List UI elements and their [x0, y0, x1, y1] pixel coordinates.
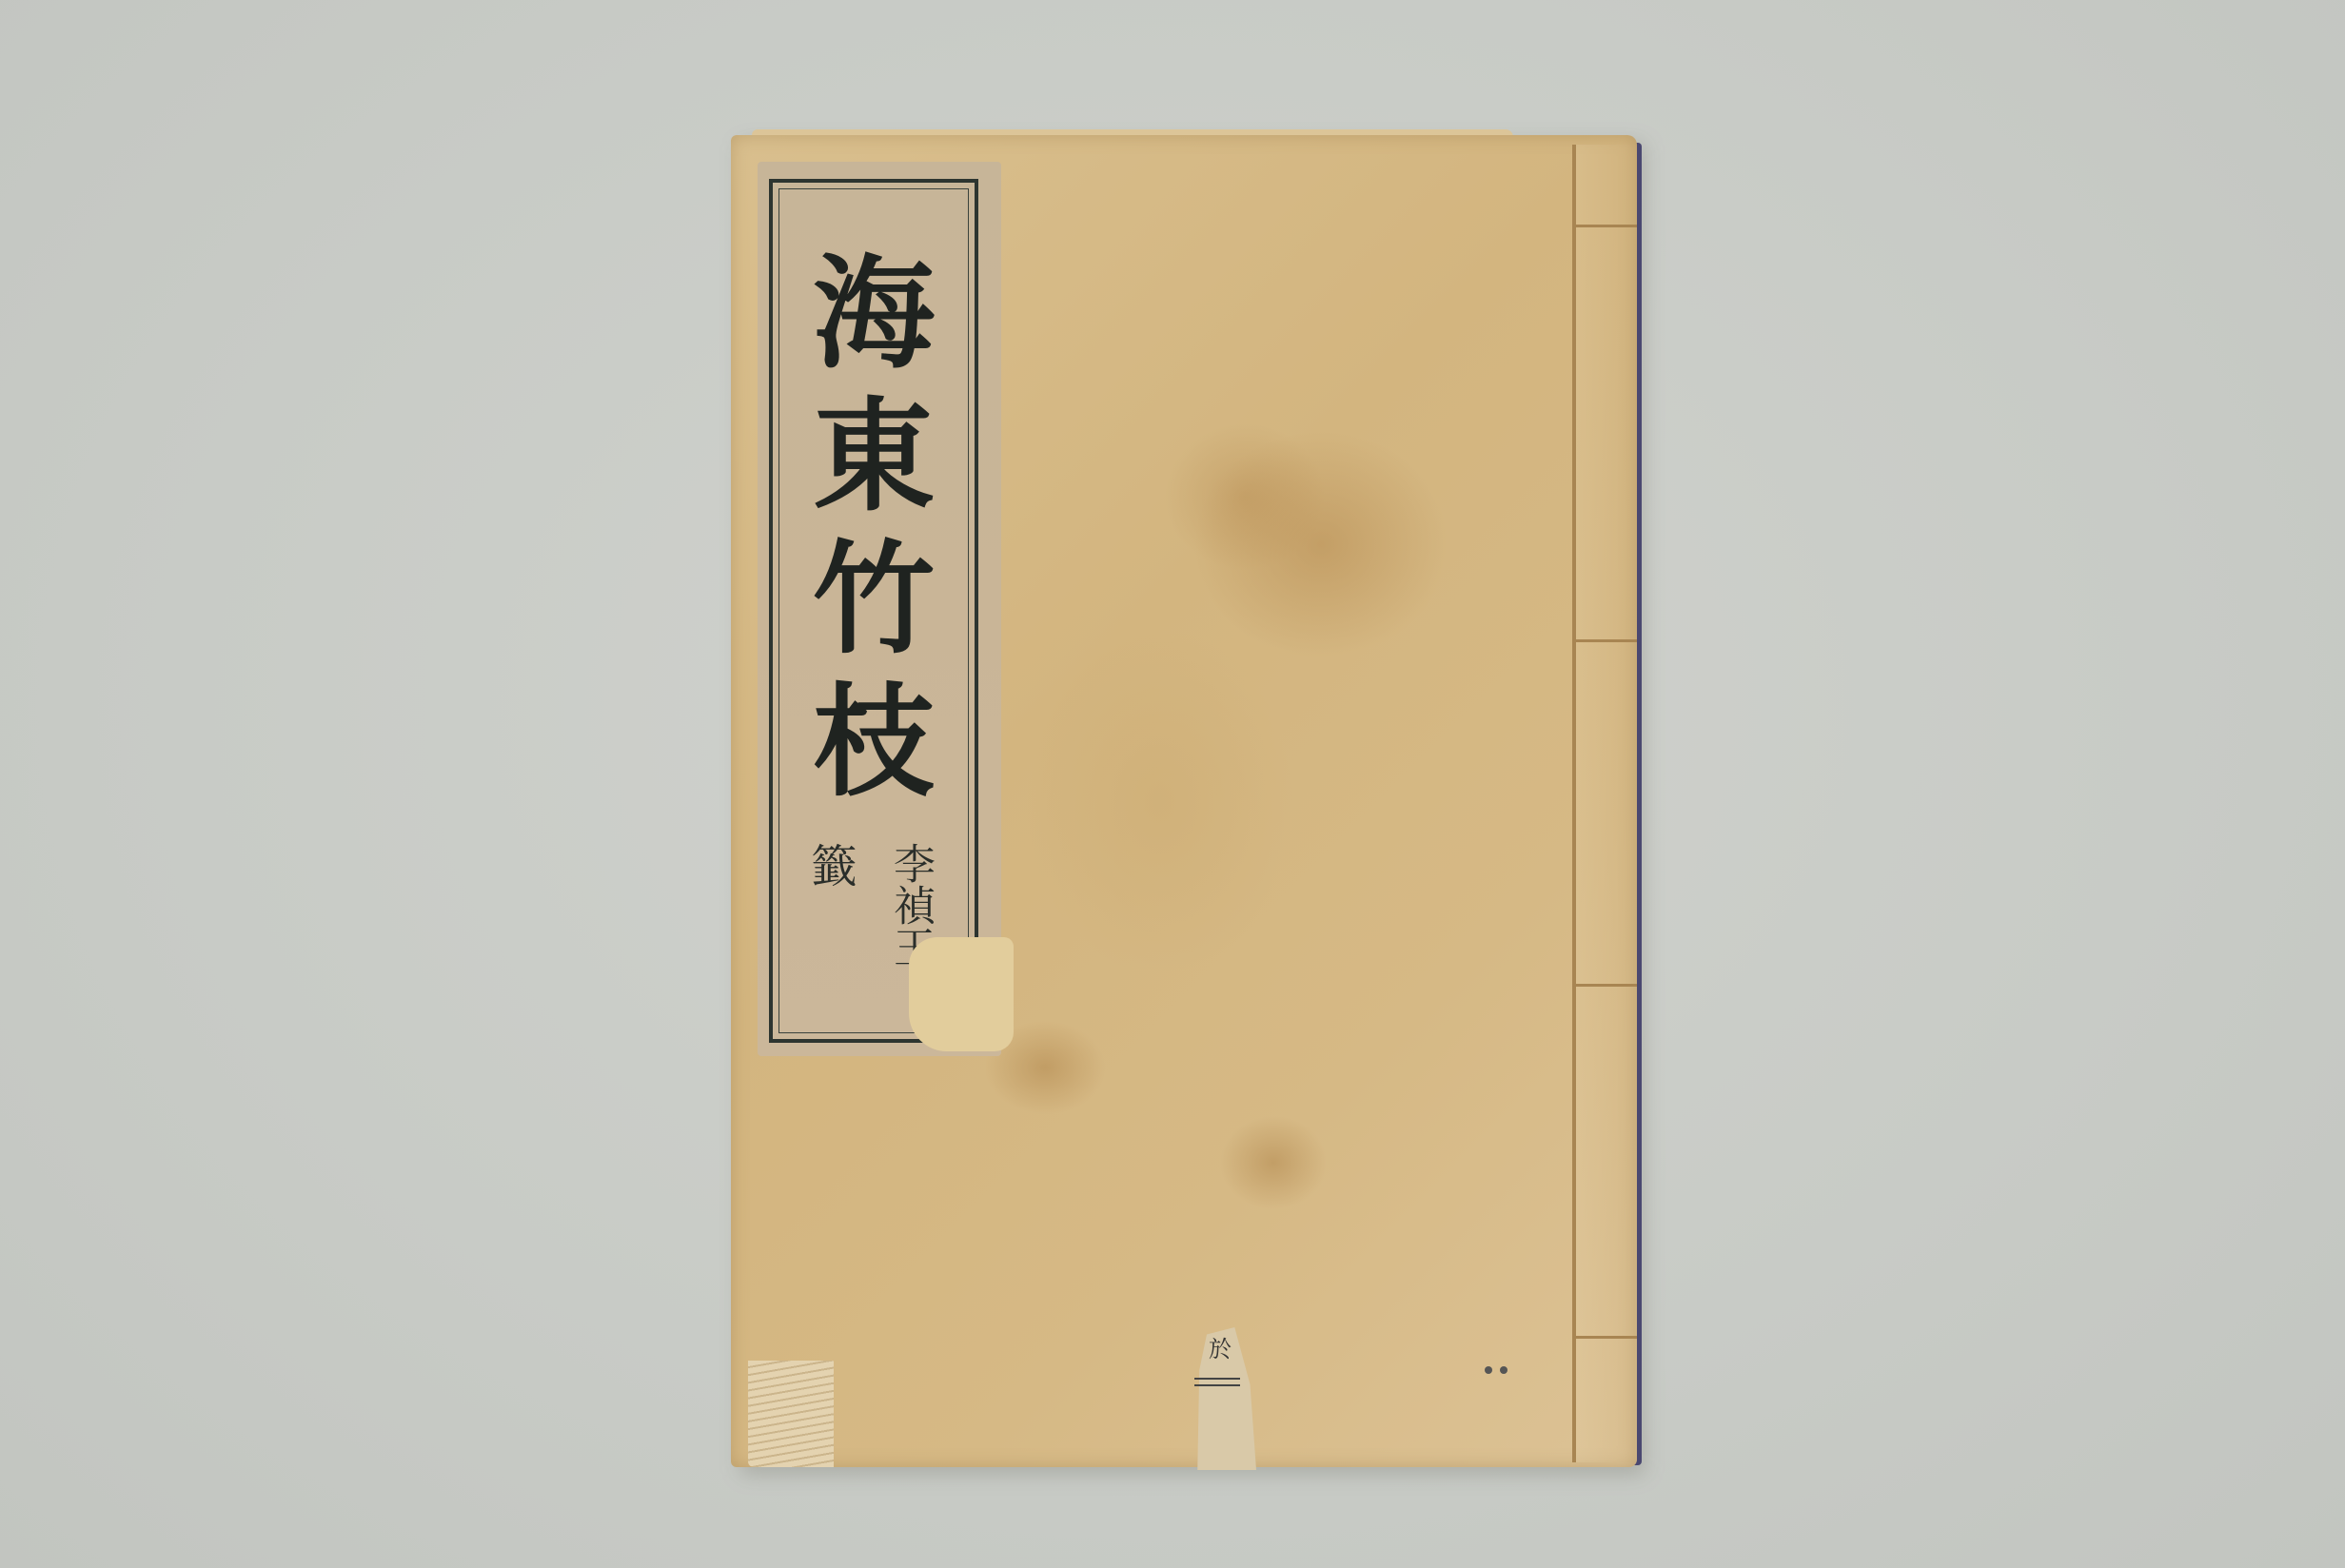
- spine-strip: [1576, 145, 1635, 1462]
- stitch: [1572, 639, 1637, 642]
- wormhole-dot: [1500, 1366, 1507, 1374]
- title-char: 枝: [813, 671, 935, 813]
- wormhole-dot: [1485, 1366, 1492, 1374]
- inner-page-char: 於: [1209, 1330, 1232, 1363]
- title-char: 竹: [813, 528, 935, 671]
- inner-page-rule: [1194, 1378, 1240, 1386]
- stitch: [1572, 1336, 1637, 1339]
- signature-mark: 籤: [798, 842, 863, 888]
- frayed-corner-pages: [748, 1361, 834, 1467]
- binding-thread: [1572, 145, 1576, 1462]
- stitch: [1572, 984, 1637, 987]
- stitch: [1572, 225, 1637, 227]
- book-title: 海 東 竹 枝: [798, 243, 950, 813]
- title-char: 海: [813, 243, 935, 385]
- title-char: 東: [813, 385, 935, 528]
- torn-label-patch: [909, 937, 1014, 1051]
